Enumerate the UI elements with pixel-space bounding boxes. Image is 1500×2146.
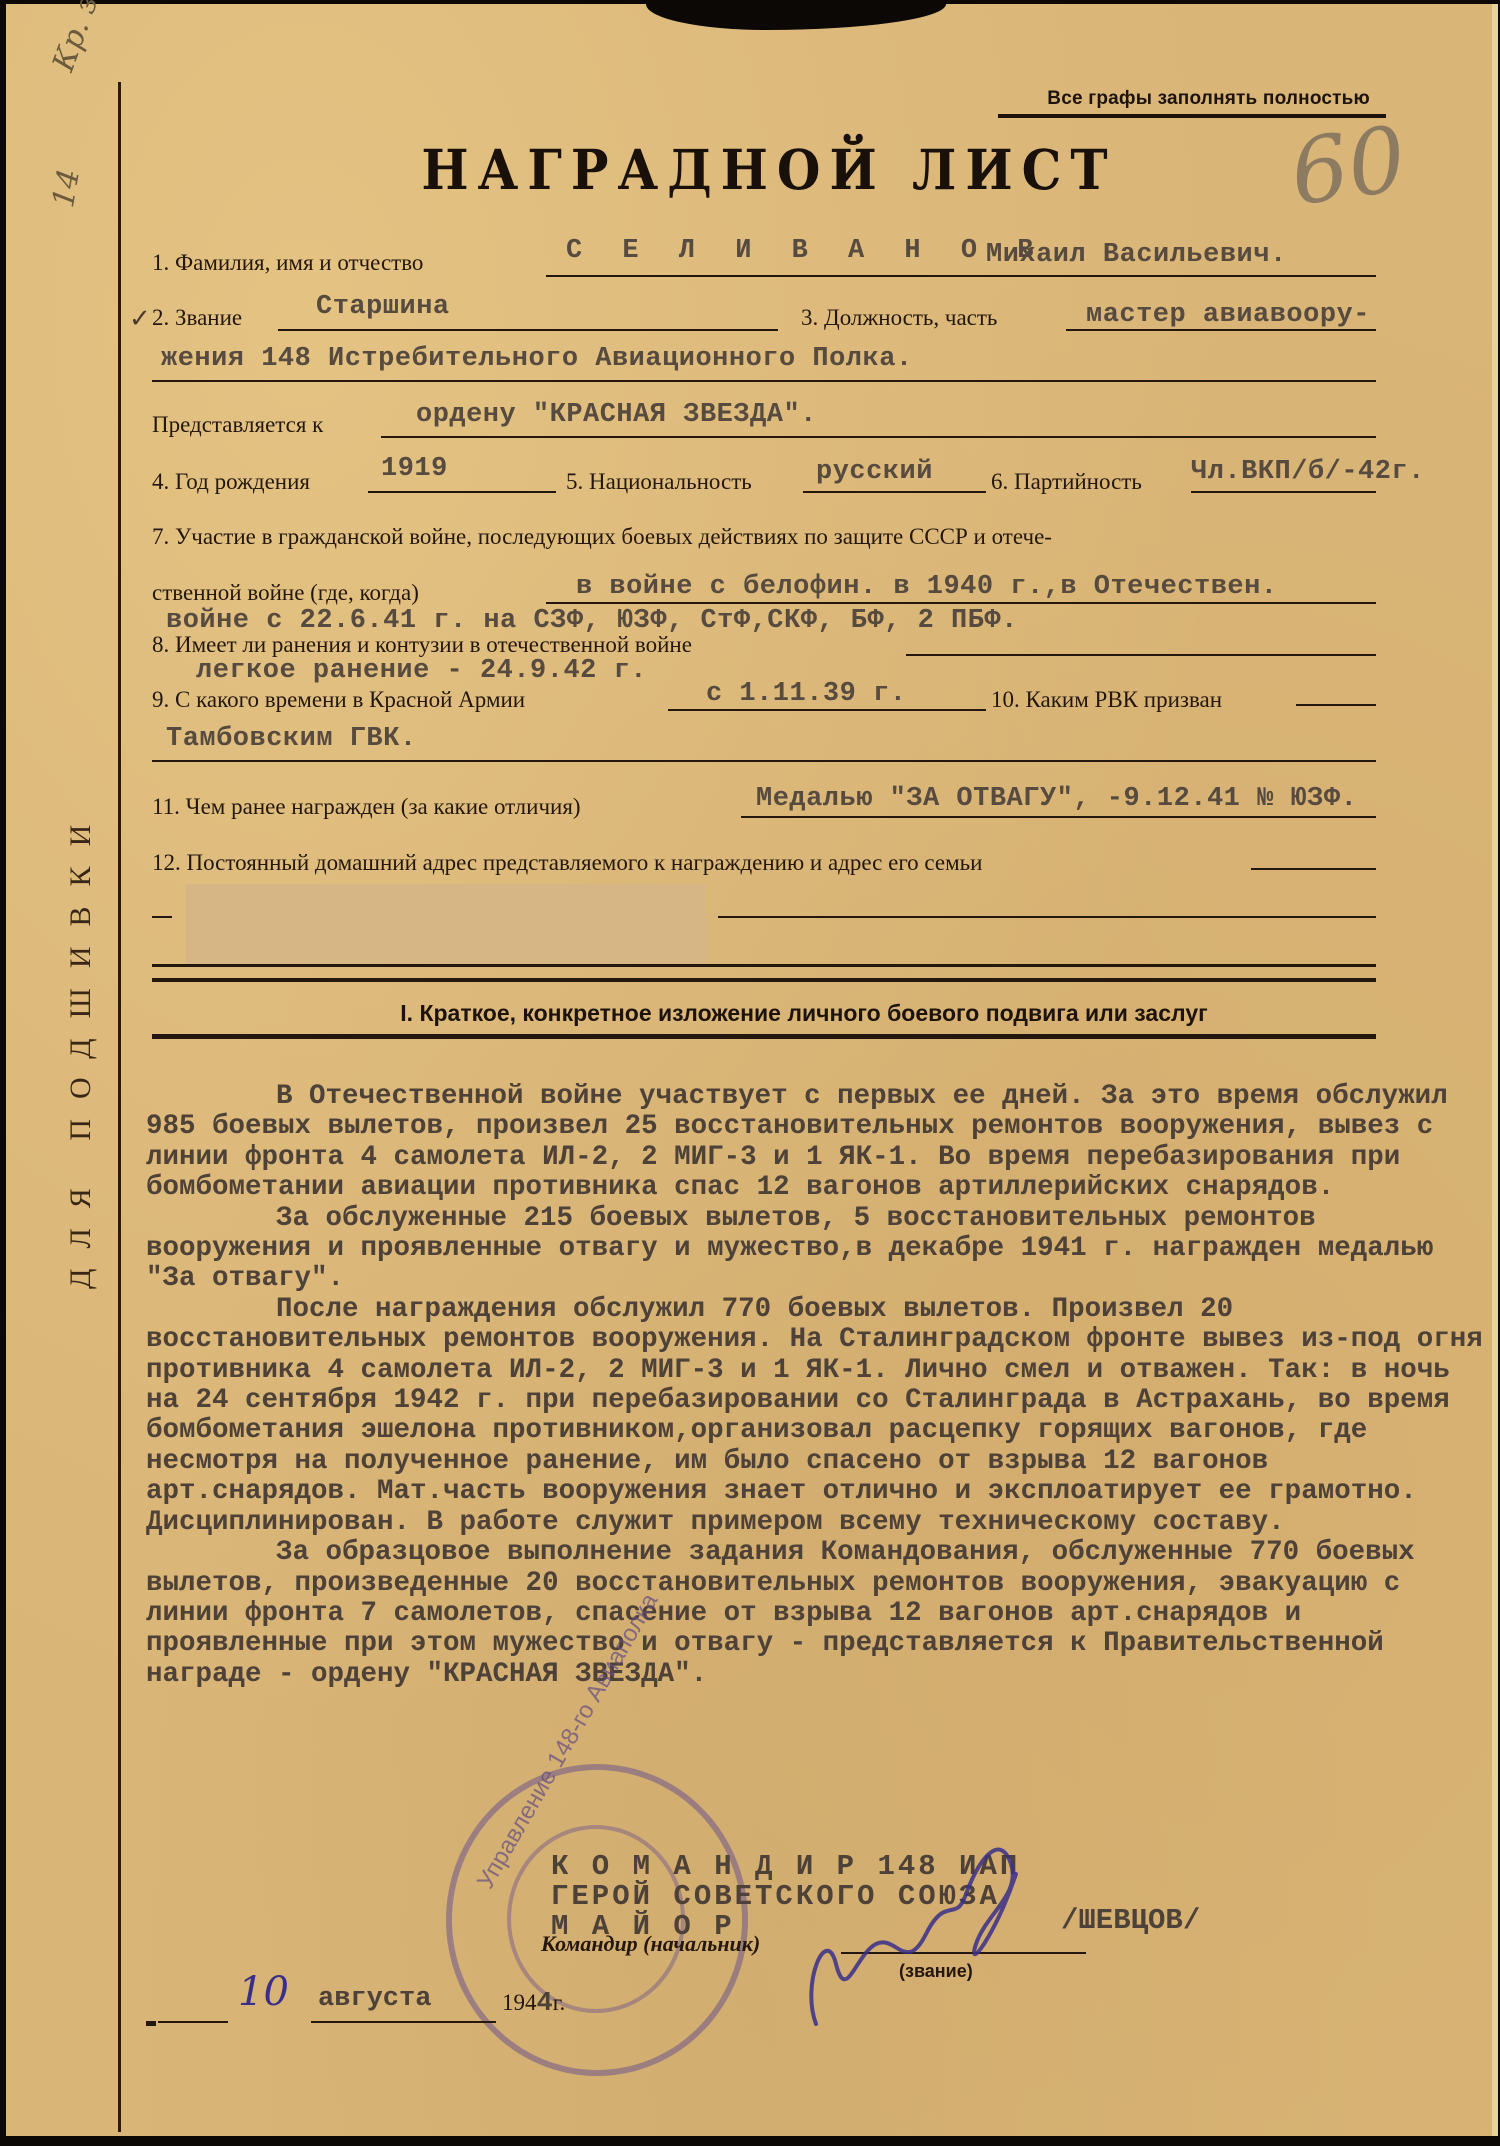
date-day: 10 bbox=[238, 1969, 289, 2015]
field-4-value: 1919 bbox=[381, 454, 448, 484]
field-3-value-line2: жения 148 Истребительного Авиационного П… bbox=[161, 344, 913, 374]
field-8-underline bbox=[906, 654, 1376, 656]
field-7-label-line1: 7. Участие в гражданской войне, последую… bbox=[152, 524, 1052, 550]
presented-label: Представляется к bbox=[152, 412, 323, 438]
date-year-digit: 4 bbox=[537, 1989, 553, 2019]
field-2-value: Старшина bbox=[316, 292, 450, 322]
field-11-underline bbox=[741, 816, 1376, 818]
field-1-given-names: Михаил Васильевич. bbox=[986, 240, 1287, 270]
binding-margin-label: ДЛЯ ПОДШИВКИ bbox=[64, 805, 98, 1289]
date-quote-mark bbox=[146, 2021, 156, 2026]
torn-edge bbox=[646, 4, 946, 30]
field-5-underline bbox=[803, 491, 986, 493]
merit-narrative: В Отечественной войне участвует с первых… bbox=[146, 1082, 1486, 1690]
date-day-underline bbox=[158, 2021, 228, 2023]
field-1-underline bbox=[546, 275, 1376, 277]
redacted-address bbox=[186, 884, 706, 964]
section-divider-bottom bbox=[152, 1034, 1376, 1039]
field-5-label: 5. Национальность bbox=[566, 469, 752, 495]
field-4-underline bbox=[368, 491, 556, 493]
fill-all-instruction: Все графы заполнять полностью bbox=[1047, 88, 1370, 110]
date-year-suffix: г. bbox=[553, 1990, 566, 2015]
field-9-value: с 1.11.39 г. bbox=[706, 679, 906, 709]
field-8-label: 8. Имеет ли ранения и контузии в отечест… bbox=[152, 632, 692, 658]
field-9-label: 9. С какого времени в Красной Армии bbox=[152, 687, 525, 713]
field-8-value: легкое ранение - 24.9.42 г. bbox=[196, 656, 647, 686]
field-3-label: 3. Должность, часть bbox=[801, 305, 997, 331]
field-11-label: 11. Чем ранее награжден (за какие отличи… bbox=[152, 794, 581, 820]
award-sheet: ДЛЯ ПОДШИВКИ Кр. звезда 14 60 Все графы … bbox=[6, 4, 1498, 2136]
field-7-value-line1: в войне с белофин. в 1940 г.,в Отечестве… bbox=[576, 572, 1278, 602]
binding-margin-line bbox=[118, 82, 121, 2132]
field-10-label: 10. Каким РВК призван bbox=[991, 687, 1222, 713]
date-year: 1944г. bbox=[502, 1989, 565, 2019]
field-9-underline bbox=[668, 709, 986, 711]
margin-check-mark: ✓ bbox=[129, 304, 151, 334]
field-7-label-line2: ственной войне (где, когда) bbox=[152, 580, 419, 606]
field-3-underline-2 bbox=[152, 380, 1376, 382]
field-6-underline bbox=[1191, 491, 1376, 493]
commander-label: Командир (начальник) bbox=[541, 1931, 760, 1957]
date-month: августа bbox=[318, 1984, 431, 2014]
date-year-prefix: 194 bbox=[502, 1990, 537, 2015]
field-10-underline-2 bbox=[152, 760, 1376, 762]
field-12-underline bbox=[1251, 868, 1376, 870]
narrative-paragraph: После награждения обслужил 770 боевых вы… bbox=[146, 1295, 1486, 1538]
field-11-value: Медалью "ЗА ОТВАГУ", -9.12.41 № ЮЗФ. bbox=[756, 784, 1357, 814]
field-2-underline bbox=[278, 329, 778, 331]
section-divider-top-1 bbox=[152, 964, 1376, 967]
presented-value: ордену "КРАСНАЯ ЗВЕЗДА". bbox=[416, 400, 817, 430]
narrative-paragraph: В Отечественной войне участвует с первых… bbox=[146, 1082, 1486, 1204]
narrative-paragraph: За обслуженные 215 боевых вылетов, 5 вос… bbox=[146, 1204, 1486, 1295]
address-underline bbox=[718, 916, 1376, 918]
field-5-value: русский bbox=[816, 457, 933, 487]
section-heading: I. Краткое, конкретное изложение личного… bbox=[6, 1000, 1492, 1027]
field-10-value: Тамбовским ГВК. bbox=[166, 724, 417, 754]
field-4-label: 4. Год рождения bbox=[152, 469, 310, 495]
field-3-value-line1: мастер авиавоору- bbox=[1086, 300, 1370, 330]
section-divider-top-2 bbox=[152, 978, 1376, 982]
commander-surname: /ШЕВЦОВ/ bbox=[1061, 1904, 1200, 1937]
field-10-underline bbox=[1296, 704, 1376, 706]
address-line-start bbox=[152, 916, 172, 918]
field-6-label: 6. Партийность bbox=[991, 469, 1142, 495]
date-month-underline bbox=[311, 2021, 496, 2023]
field-1-label: 1. Фамилия, имя и отчество bbox=[152, 250, 423, 276]
field-6-value: Чл.ВКП/б/-42г. bbox=[1191, 457, 1425, 487]
narrative-paragraph: За образцовое выполнение задания Командо… bbox=[146, 1538, 1486, 1690]
field-12-label: 12. Постоянный домашний адрес представля… bbox=[152, 850, 982, 876]
field-2-label: 2. Звание bbox=[152, 305, 242, 331]
field-7-underline bbox=[546, 602, 1376, 604]
commander-signature bbox=[796, 1834, 1046, 2034]
presented-underline bbox=[381, 436, 1376, 438]
field-1-surname: С Е Л И В А Н О В bbox=[566, 236, 1045, 266]
document-title: НАГРАДНОЙ ЛИСТ bbox=[6, 137, 1492, 202]
instruction-underline bbox=[998, 114, 1386, 118]
handwritten-margin-note: Кр. звезда bbox=[46, 0, 136, 76]
